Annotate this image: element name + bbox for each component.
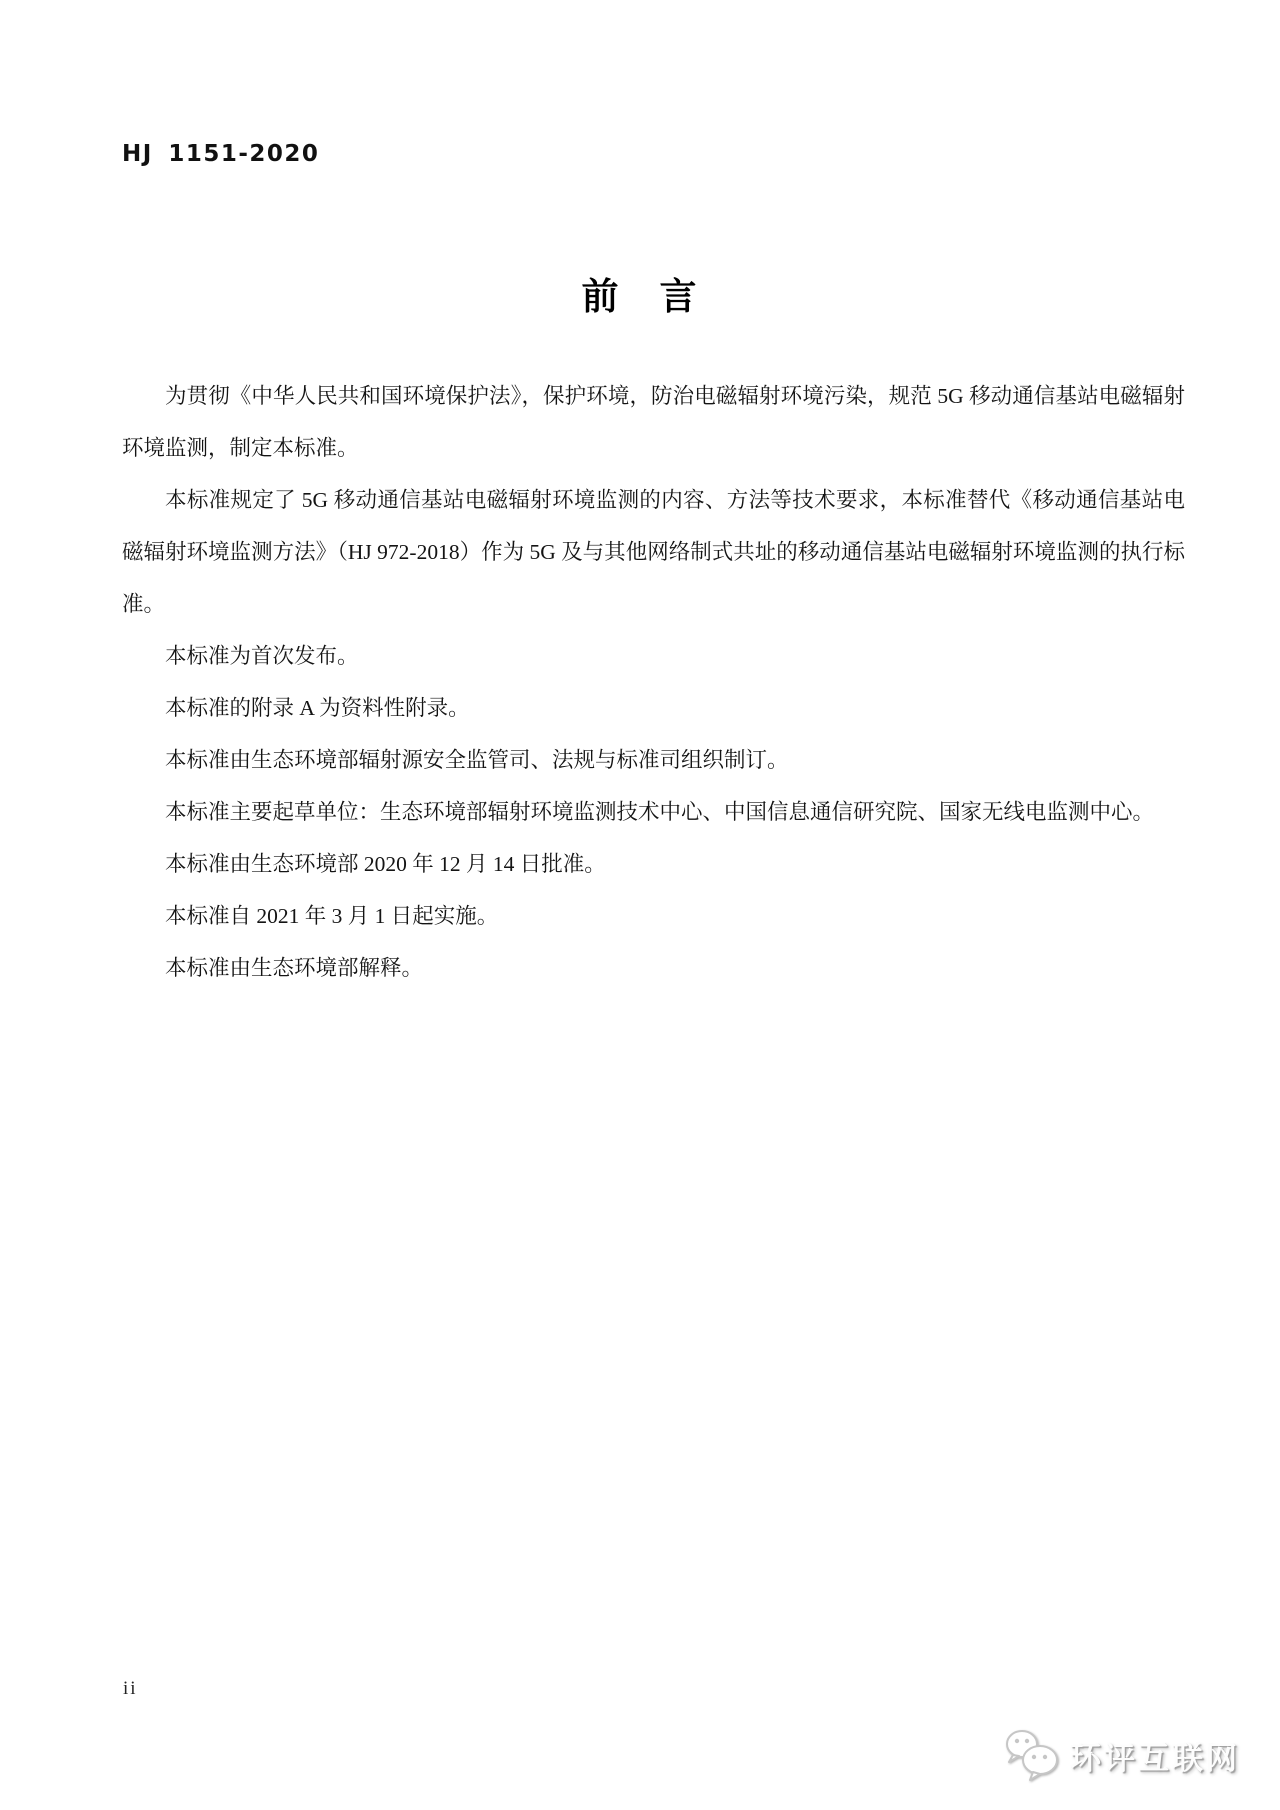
paragraph: 本标准由生态环境部辐射源安全监管司、法规与标准司组织制订。 bbox=[122, 734, 1185, 786]
page-title: 前 言 bbox=[0, 266, 1280, 320]
wechat-icon bbox=[1000, 1728, 1062, 1782]
standard-number: HJ 1151-2020 bbox=[122, 141, 319, 167]
foreword-paragraphs: 为贯彻《中华人民共和国环境保护法》，保护环境，防治电磁辐射环境污染，规范 5G … bbox=[122, 370, 1185, 994]
watermark: 环评互联网 bbox=[1000, 1728, 1240, 1782]
paragraph: 本标准规定了 5G 移动通信基站电磁辐射环境监测的内容、方法等技术要求，本标准替… bbox=[122, 474, 1185, 630]
watermark-text: 环评互联网 bbox=[1070, 1733, 1240, 1778]
paragraph: 本标准的附录 A 为资料性附录。 bbox=[122, 682, 1185, 734]
page-number: ii bbox=[123, 1678, 138, 1700]
paragraph: 本标准自 2021 年 3 月 1 日起实施。 bbox=[122, 890, 1185, 942]
paragraph: 本标准由生态环境部 2020 年 12 月 14 日批准。 bbox=[122, 838, 1185, 890]
paragraph: 本标准为首次发布。 bbox=[122, 630, 1185, 682]
document-page: HJ 1151-2020 前 言 为贯彻《中华人民共和国环境保护法》，保护环境，… bbox=[0, 0, 1280, 1810]
paragraph: 本标准由生态环境部解释。 bbox=[122, 942, 1185, 994]
paragraph: 本标准主要起草单位：生态环境部辐射环境监测技术中心、中国信息通信研究院、国家无线… bbox=[122, 786, 1185, 838]
paragraph: 为贯彻《中华人民共和国环境保护法》，保护环境，防治电磁辐射环境污染，规范 5G … bbox=[122, 370, 1185, 474]
